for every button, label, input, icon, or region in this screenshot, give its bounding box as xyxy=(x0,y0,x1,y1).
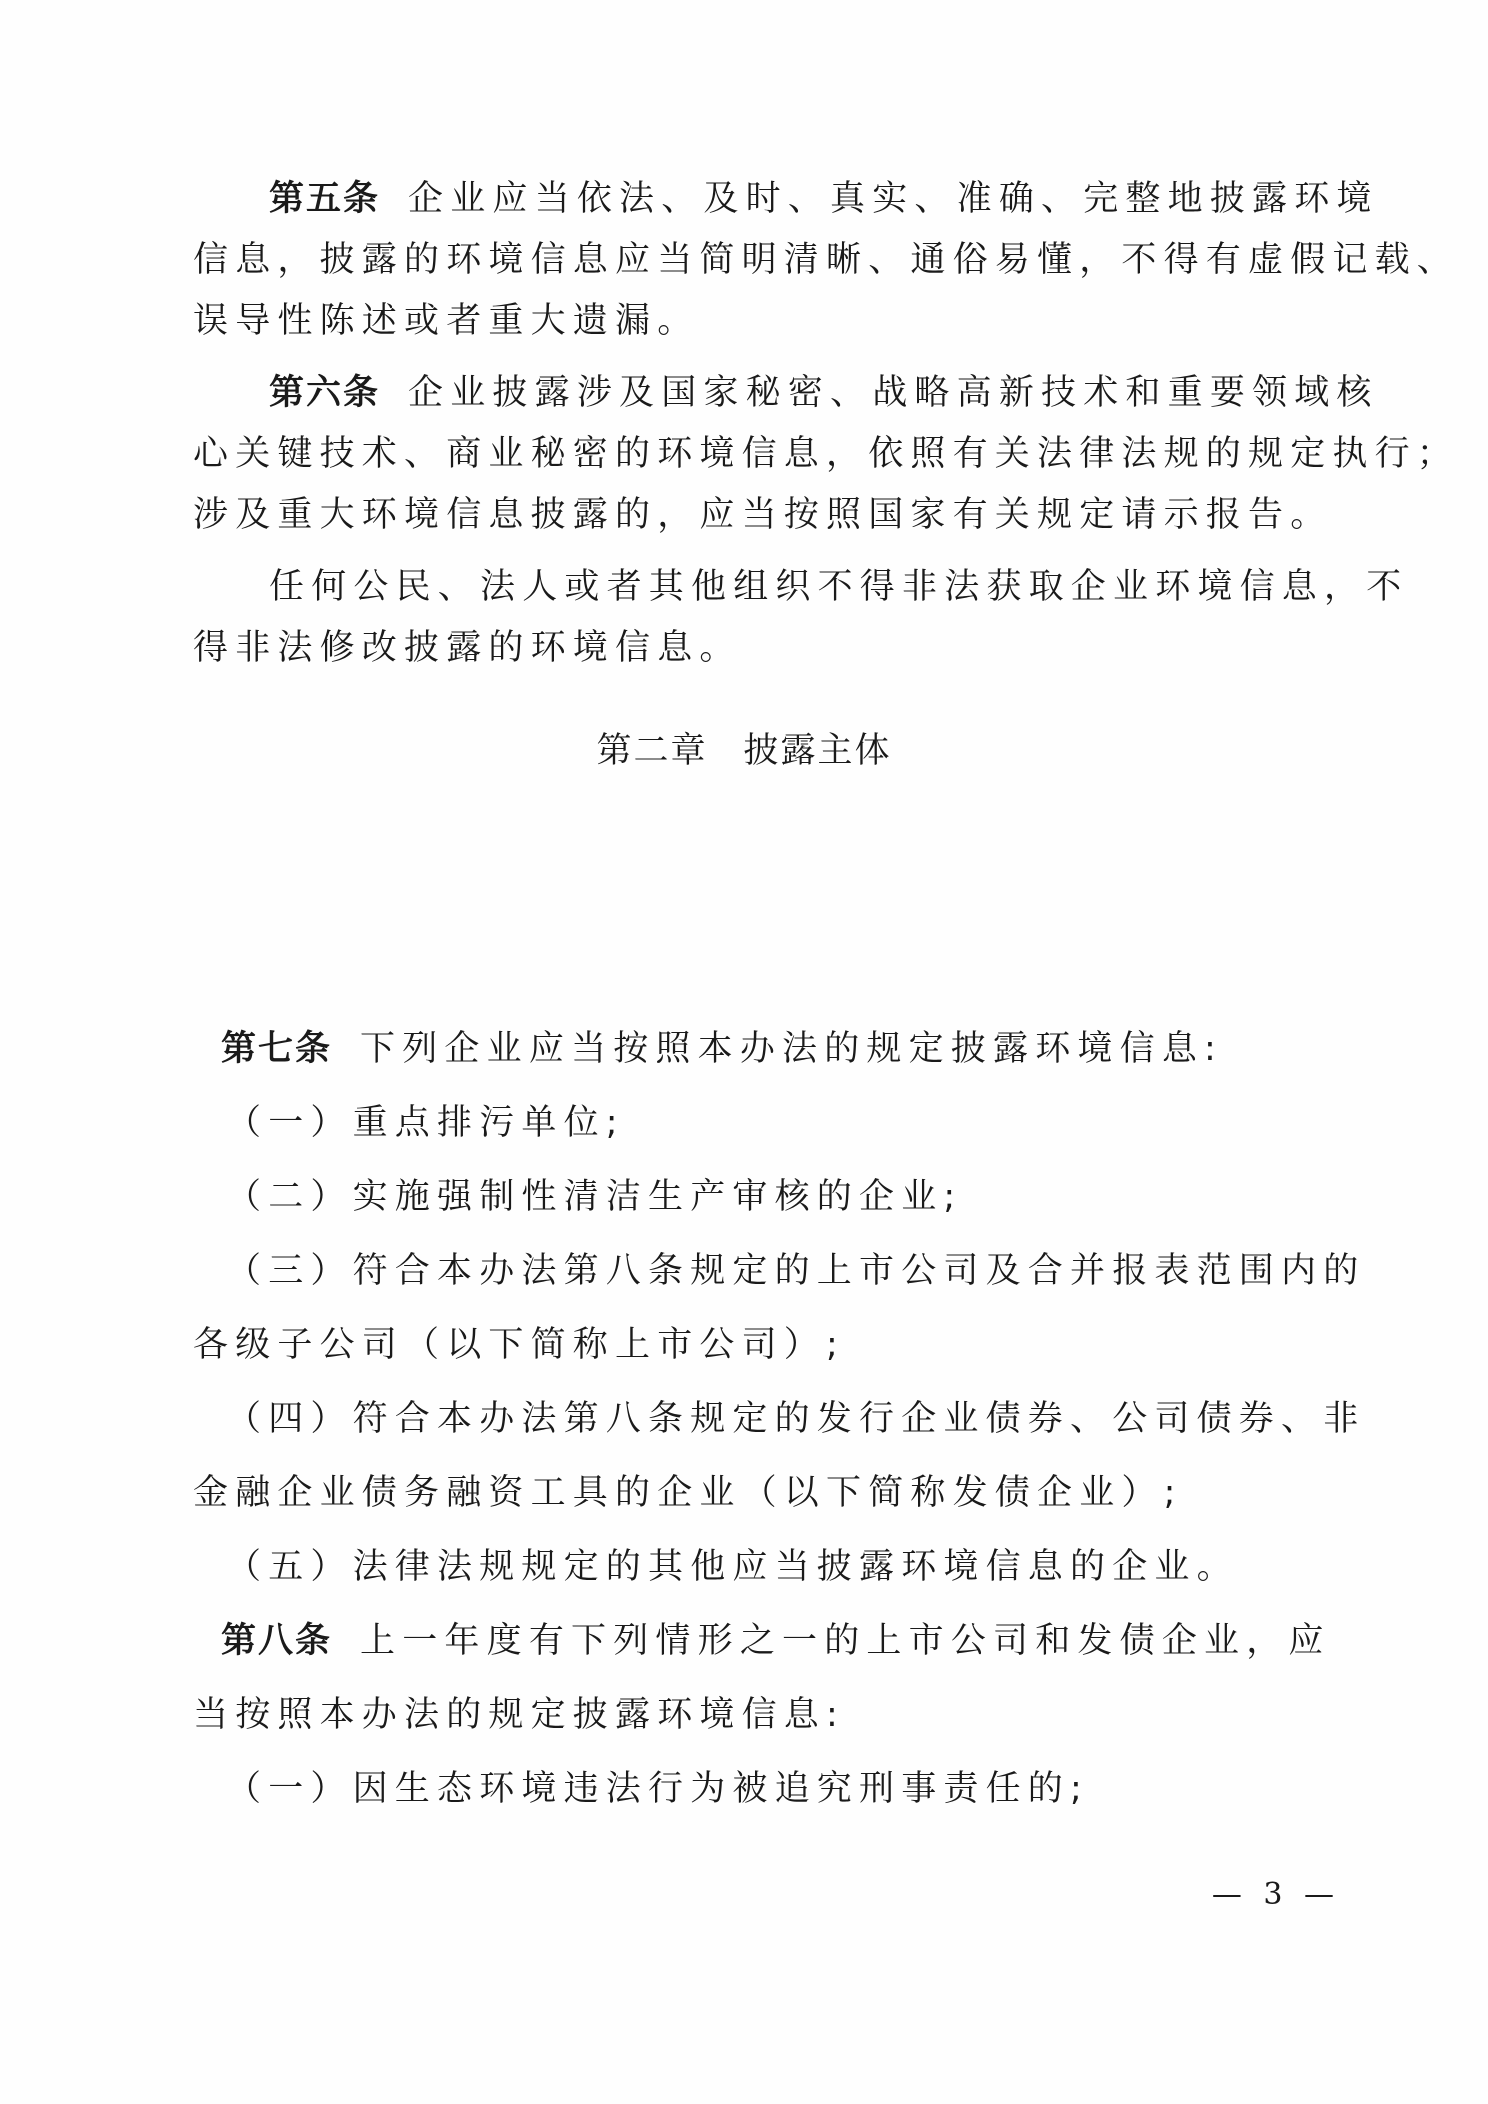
article-8-line-2: 当按照本办法的规定披露环境信息: xyxy=(193,1693,1333,1737)
article-5-line-2: 信息，披露的环境信息应当简明清晰、通俗易懂，不得有虚假记载、 xyxy=(193,238,1333,282)
article-label: 第八条 xyxy=(221,1621,332,1661)
article-label: 第七条 xyxy=(221,1029,332,1069)
article-6-line-1: 第六条企业披露涉及国家秘密、战略高新技术和重要领域核 xyxy=(269,371,1409,415)
article-7-item-4-cont: 金融企业债务融资工具的企业（以下简称发债企业）; xyxy=(193,1471,1333,1515)
article-7-item-3-cont: 各级子公司（以下简称上市公司）; xyxy=(193,1323,1333,1367)
article-5-line-3: 误导性陈述或者重大遗漏。 xyxy=(193,299,1333,343)
article-7-item-3: （三）符合本办法第八条规定的上市公司及合并报表范围内的 xyxy=(226,1249,1366,1293)
chapter-heading: 第二章披露主体 xyxy=(0,729,1488,773)
article-8-line-1: 第八条上一年度有下列情形之一的上市公司和发债企业，应 xyxy=(221,1619,1361,1663)
article-8-item-1: （一）因生态环境违法行为被追究刑事责任的; xyxy=(226,1767,1366,1811)
article-text: 上一年度有下列情形之一的上市公司和发债企业，应 xyxy=(360,1621,1331,1661)
article-7-item-5: （五）法律法规规定的其他应当披露环境信息的企业。 xyxy=(226,1545,1366,1589)
article-6-line-2: 心关键技术、商业秘密的环境信息，依照有关法律法规的规定执行； xyxy=(193,432,1333,476)
article-7-item-2: （二）实施强制性清洁生产审核的企业; xyxy=(226,1175,1366,1219)
article-6-para2-line-1: 任何公民、法人或者其他组织不得非法获取企业环境信息，不 xyxy=(269,565,1409,609)
chapter-number: 第二章 xyxy=(596,731,707,771)
article-7-item-1: （一）重点排污单位; xyxy=(226,1101,1366,1145)
article-7-line-1: 第七条下列企业应当按照本办法的规定披露环境信息: xyxy=(221,1027,1361,1071)
article-text: 下列企业应当按照本办法的规定披露环境信息: xyxy=(360,1029,1223,1069)
article-7-item-4: （四）符合本办法第八条规定的发行企业债券、公司债券、非 xyxy=(226,1397,1366,1441)
article-6-para2-line-2: 得非法修改披露的环境信息。 xyxy=(193,626,1333,670)
article-label: 第六条 xyxy=(269,373,380,413)
article-label: 第五条 xyxy=(269,179,380,219)
article-6-line-3: 涉及重大环境信息披露的，应当按照国家有关规定请示报告。 xyxy=(193,493,1333,537)
document-page: 第五条企业应当依法、及时、真实、准确、完整地披露环境 信息，披露的环境信息应当简… xyxy=(0,0,1488,2104)
article-text: 企业披露涉及国家秘密、战略高新技术和重要领域核 xyxy=(408,373,1379,413)
article-5-line-1: 第五条企业应当依法、及时、真实、准确、完整地披露环境 xyxy=(269,177,1409,221)
article-text: 企业应当依法、及时、真实、准确、完整地披露环境 xyxy=(408,179,1379,219)
chapter-title: 披露主体 xyxy=(744,731,892,771)
page-number: — 3 — xyxy=(1140,1875,1340,1915)
